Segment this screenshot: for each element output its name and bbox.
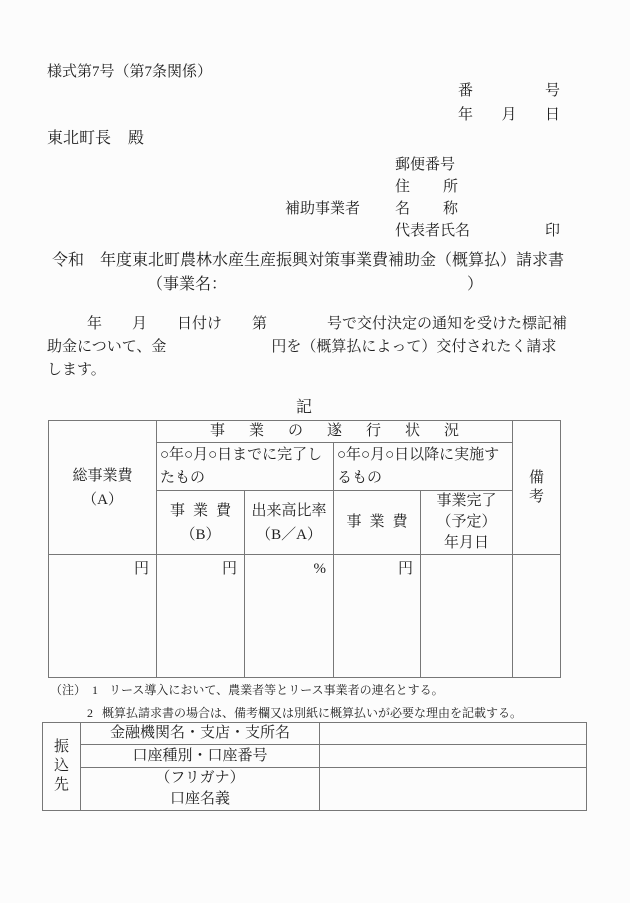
progress-status-header-cell: 事業の遂行状況 [157,421,513,443]
account-holder-label: 口座名義 [81,789,319,810]
note-line-2: 2 概算払請求書の場合は、備考欄又は別紙に概算払いが必要な理由を記載する。 [87,706,522,720]
number-label: 番 [458,82,473,100]
date-day-label: 日 [545,106,560,124]
progress-table: 総事業費 （A） 事業の遂行状況 備 考 ○年○月○日までに完了したもの ○年○… [48,420,561,678]
planned-period-header-cell: ○年○月○日以降に実施するもの [334,443,513,491]
seal-label: 印 [545,222,560,240]
document-page: 様式第7号（第7条関係） 番 号 年 月 日 東北町長殿 郵便番号 住 所 補助… [0,0,630,903]
progress-table-grid: 総事業費 （A） 事業の遂行状況 備 考 ○年○月○日までに完了したもの ○年○… [48,420,561,678]
remarks-char-1: 備 [513,469,560,488]
transfer-char-1: 振 [43,738,80,757]
postal-code-label: 郵便番号 [395,156,455,174]
date-line: 年 月 日 [458,106,560,124]
planned-cost-header-cell: 事業費 [334,491,421,555]
body-paragraph-line1: 年 月 日付け 第 号で交付決定の通知を受けた標記補 [87,315,567,333]
bank-name-label-cell: 金融機関名・支店・支所名 [81,723,320,745]
transfer-char-2: 込 [43,757,80,776]
doc-number-line: 番 号 [458,82,560,100]
form-number: 様式第7号（第7条関係） [47,63,212,81]
account-holder-label-cell: （フリガナ） 口座名義 [81,768,320,811]
transfer-char-3: 先 [43,776,80,795]
account-type-value-cell [320,745,587,768]
project-name-open: （事業名： [147,275,227,294]
applicant-name-label: 名 称 [395,200,458,218]
total-cost-value-cell: 円 [49,555,157,678]
addressee-line: 東北町長殿 [47,129,144,148]
bank-transfer-table: 振 込 先 金融機関名・支店・支所名 口座種別・口座番号 （フリガナ） 口座名義 [42,722,587,811]
completion-date-header-cell: 事業完了 （予定） 年月日 [421,491,513,555]
name-label-last: 称 [443,200,458,218]
cost-b-header-cell: 事業費 （B） [157,491,245,555]
number-unit-label: 号 [545,82,560,100]
record-heading: 記 [296,398,312,417]
ratio-header-cell: 出来高比率 （B／A） [245,491,334,555]
furigana-label: （フリガナ） [81,768,319,789]
note-1-text: リース導入において、農業者等とリース事業者の連名とする。 [109,683,444,697]
note-line-1: （注） 1 リース導入において、農業者等とリース事業者の連名とする。 [50,683,444,697]
completion-date-value-cell [421,555,513,678]
project-name-close: ） [467,275,483,294]
cost-b-sub-label: （B） [157,523,244,547]
bank-transfer-grid: 振 込 先 金融機関名・支店・支所名 口座種別・口座番号 （フリガナ） 口座名義 [42,722,587,811]
note-2-text: 概算払請求書の場合は、備考欄又は別紙に概算払いが必要な理由を記載する。 [102,706,522,720]
total-cost-header-cell: 総事業費 （A） [49,421,157,555]
addressee-name: 東北町長 [47,130,111,147]
total-cost-label: 総事業費 [49,464,156,488]
completed-period-header-cell: ○年○月○日までに完了したもの [157,443,334,491]
planned-cost-value-cell: 円 [334,555,421,678]
honorific-label: 殿 [128,130,144,147]
note-1-number: 1 [92,683,98,697]
address-label-first: 住 [395,178,410,196]
completion-label-1: 事業完了 [421,491,512,512]
account-holder-value-cell [320,768,587,811]
date-month-label: 月 [501,106,516,124]
bank-name-value-cell [320,723,587,745]
name-label-first: 名 [395,200,410,218]
ratio-value-cell: % [245,555,334,678]
total-cost-sub-label: （A） [49,488,156,512]
cost-b-label: 事業費 [157,499,244,523]
note-2-number: 2 [87,706,93,720]
ratio-sub-label: （B／A） [245,523,333,547]
address-label-last: 所 [443,178,458,196]
note-prefix: （注） [50,683,86,697]
account-type-label-cell: 口座種別・口座番号 [81,745,320,768]
remarks-header-cell: 備 考 [513,421,561,555]
document-title: 令和 年度東北町農林水産生産振興対策事業費補助金（概算払）請求書 [52,251,564,270]
completion-label-2: （予定） [421,512,512,533]
applicant-role-label: 補助事業者 [285,200,360,218]
representative-label: 代表者氏名 [395,222,470,240]
completion-label-3: 年月日 [421,533,512,554]
remarks-value-cell [513,555,561,678]
project-name-line: （事業名： ） [147,275,483,294]
address-label: 住 所 [395,178,458,196]
body-paragraph-line2: 助金について、金 円を（概算払によって）交付されたく請求 [47,338,556,356]
date-year-label: 年 [458,106,473,124]
remarks-char-2: 考 [513,488,560,507]
ratio-label: 出来高比率 [245,499,333,523]
transfer-destination-header-cell: 振 込 先 [43,723,81,811]
cost-b-value-cell: 円 [157,555,245,678]
body-paragraph-line3: します。 [47,361,106,379]
